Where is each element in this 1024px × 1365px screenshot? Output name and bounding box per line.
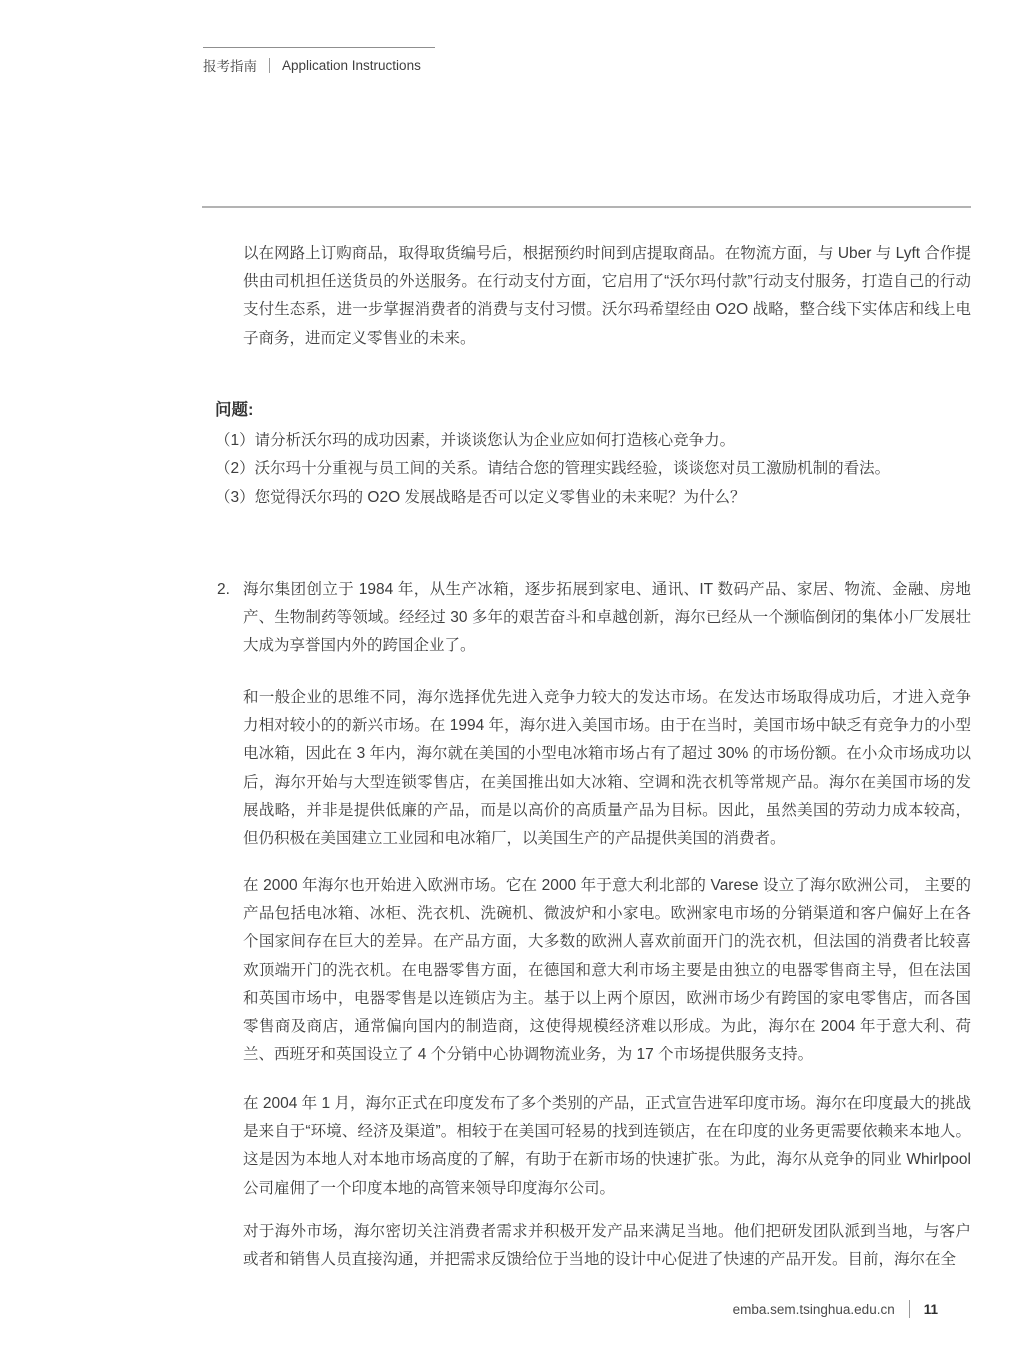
header-title-zh: 报考指南 bbox=[203, 55, 257, 75]
questions-block: 问题: （1）请分析沃尔玛的成功因素，并谈谈您认为企业应如何打造核心竞争力。 （… bbox=[215, 396, 971, 512]
haier-paragraph-europe: 在 2000 年海尔也开始进入欧洲市场。它在 2000 年于意大利北部的 Var… bbox=[243, 872, 971, 1069]
haier-paragraph-overseas: 对于海外市场，海尔密切关注消费者需求并积极开发产品来满足当地。他们把研发团队派到… bbox=[243, 1218, 971, 1274]
footer-separator bbox=[909, 1300, 910, 1318]
haier-paragraph-us: 和一般企业的思维不同，海尔选择优先进入竞争力较大的发达市场。在发达市场取得成功后… bbox=[243, 684, 971, 853]
footer-url: emba.sem.tsinghua.edu.cn bbox=[733, 1302, 895, 1317]
question-item-3: （3）您觉得沃尔玛的 O2O 发展战略是否可以定义零售业的未来呢？为什么？ bbox=[215, 484, 971, 512]
header-title-en: Application Instructions bbox=[282, 58, 421, 73]
header-separator bbox=[269, 58, 270, 73]
question-item-1: （1）请分析沃尔玛的成功因素，并谈谈您认为企业应如何打造核心竞争力。 bbox=[215, 427, 971, 455]
page-header: 报考指南 Application Instructions bbox=[203, 47, 435, 75]
haier-paragraph-india: 在 2004 年 1 月，海尔正式在印度发布了多个类别的产品，正式宣告进军印度市… bbox=[243, 1090, 971, 1203]
document-page: { "header": { "title_zh": "报考指南", "title… bbox=[0, 0, 1024, 1365]
page-footer: emba.sem.tsinghua.edu.cn 11 bbox=[203, 1300, 938, 1318]
question-item-2: （2）沃尔玛十分重视与员工间的关系。请结合您的管理实践经验，谈谈您对员工激励机制… bbox=[215, 455, 971, 483]
walmart-closing-paragraph: 以在网路上订购商品，取得取货编号后，根据预约时间到店提取商品。在物流方面，与 U… bbox=[243, 240, 971, 353]
page-number: 11 bbox=[924, 1302, 938, 1317]
questions-heading: 问题: bbox=[215, 396, 971, 424]
section-divider-rule bbox=[202, 206, 971, 208]
haier-case-number: 2. bbox=[217, 576, 243, 604]
haier-case-intro: 海尔集团创立于 1984 年，从生产冰箱，逐步拓展到家电、通讯、IT 数码产品、… bbox=[243, 576, 971, 661]
haier-case-item: 2. 海尔集团创立于 1984 年，从生产冰箱，逐步拓展到家电、通讯、IT 数码… bbox=[217, 576, 971, 661]
